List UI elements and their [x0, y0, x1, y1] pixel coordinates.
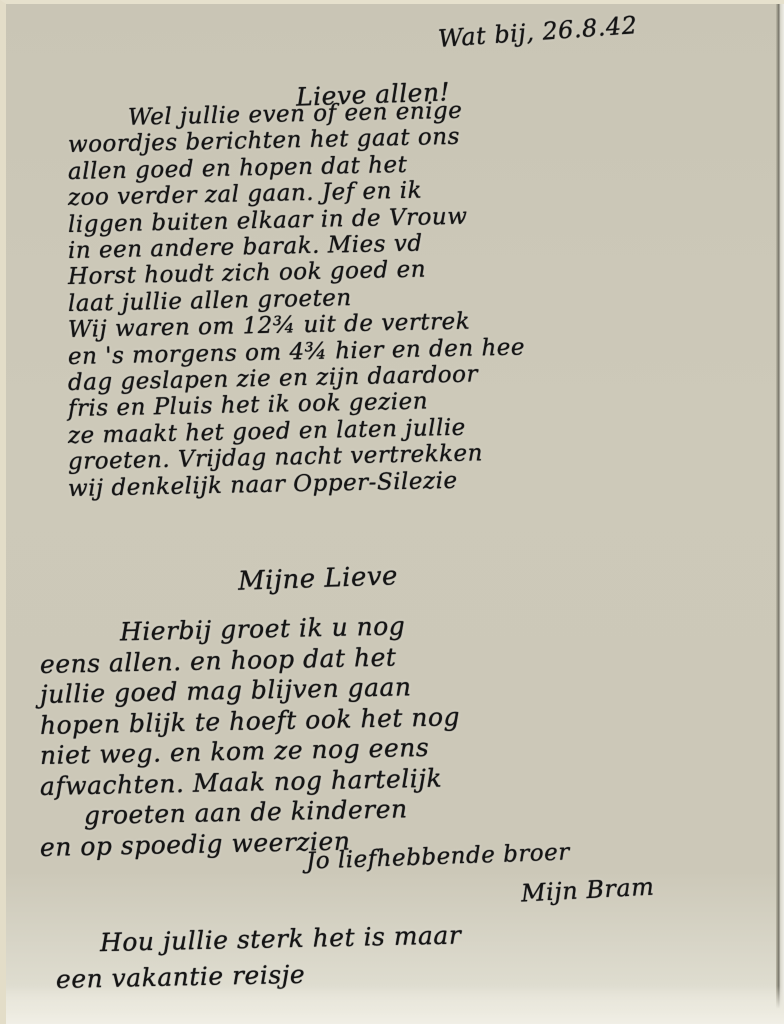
- letter-dateline: Wat bij, 26.8.42: [437, 11, 638, 53]
- letter-signature: Mijn Bram: [520, 873, 655, 908]
- photo-right-edge: [776, 4, 784, 1024]
- letter-paragraph-2: Hierbij groet ik u nog eens allen. en ho…: [40, 619, 730, 863]
- letter-photo: Wat bij, 26.8.42 Lieve allen! Wel jullie…: [0, 0, 784, 1024]
- photo-bottom-edge: [6, 986, 784, 1024]
- letter-second-greeting: Mijne Lieve: [238, 561, 399, 597]
- letter-paragraph-1: Wel jullie even of een enige woordjes be…: [68, 106, 728, 502]
